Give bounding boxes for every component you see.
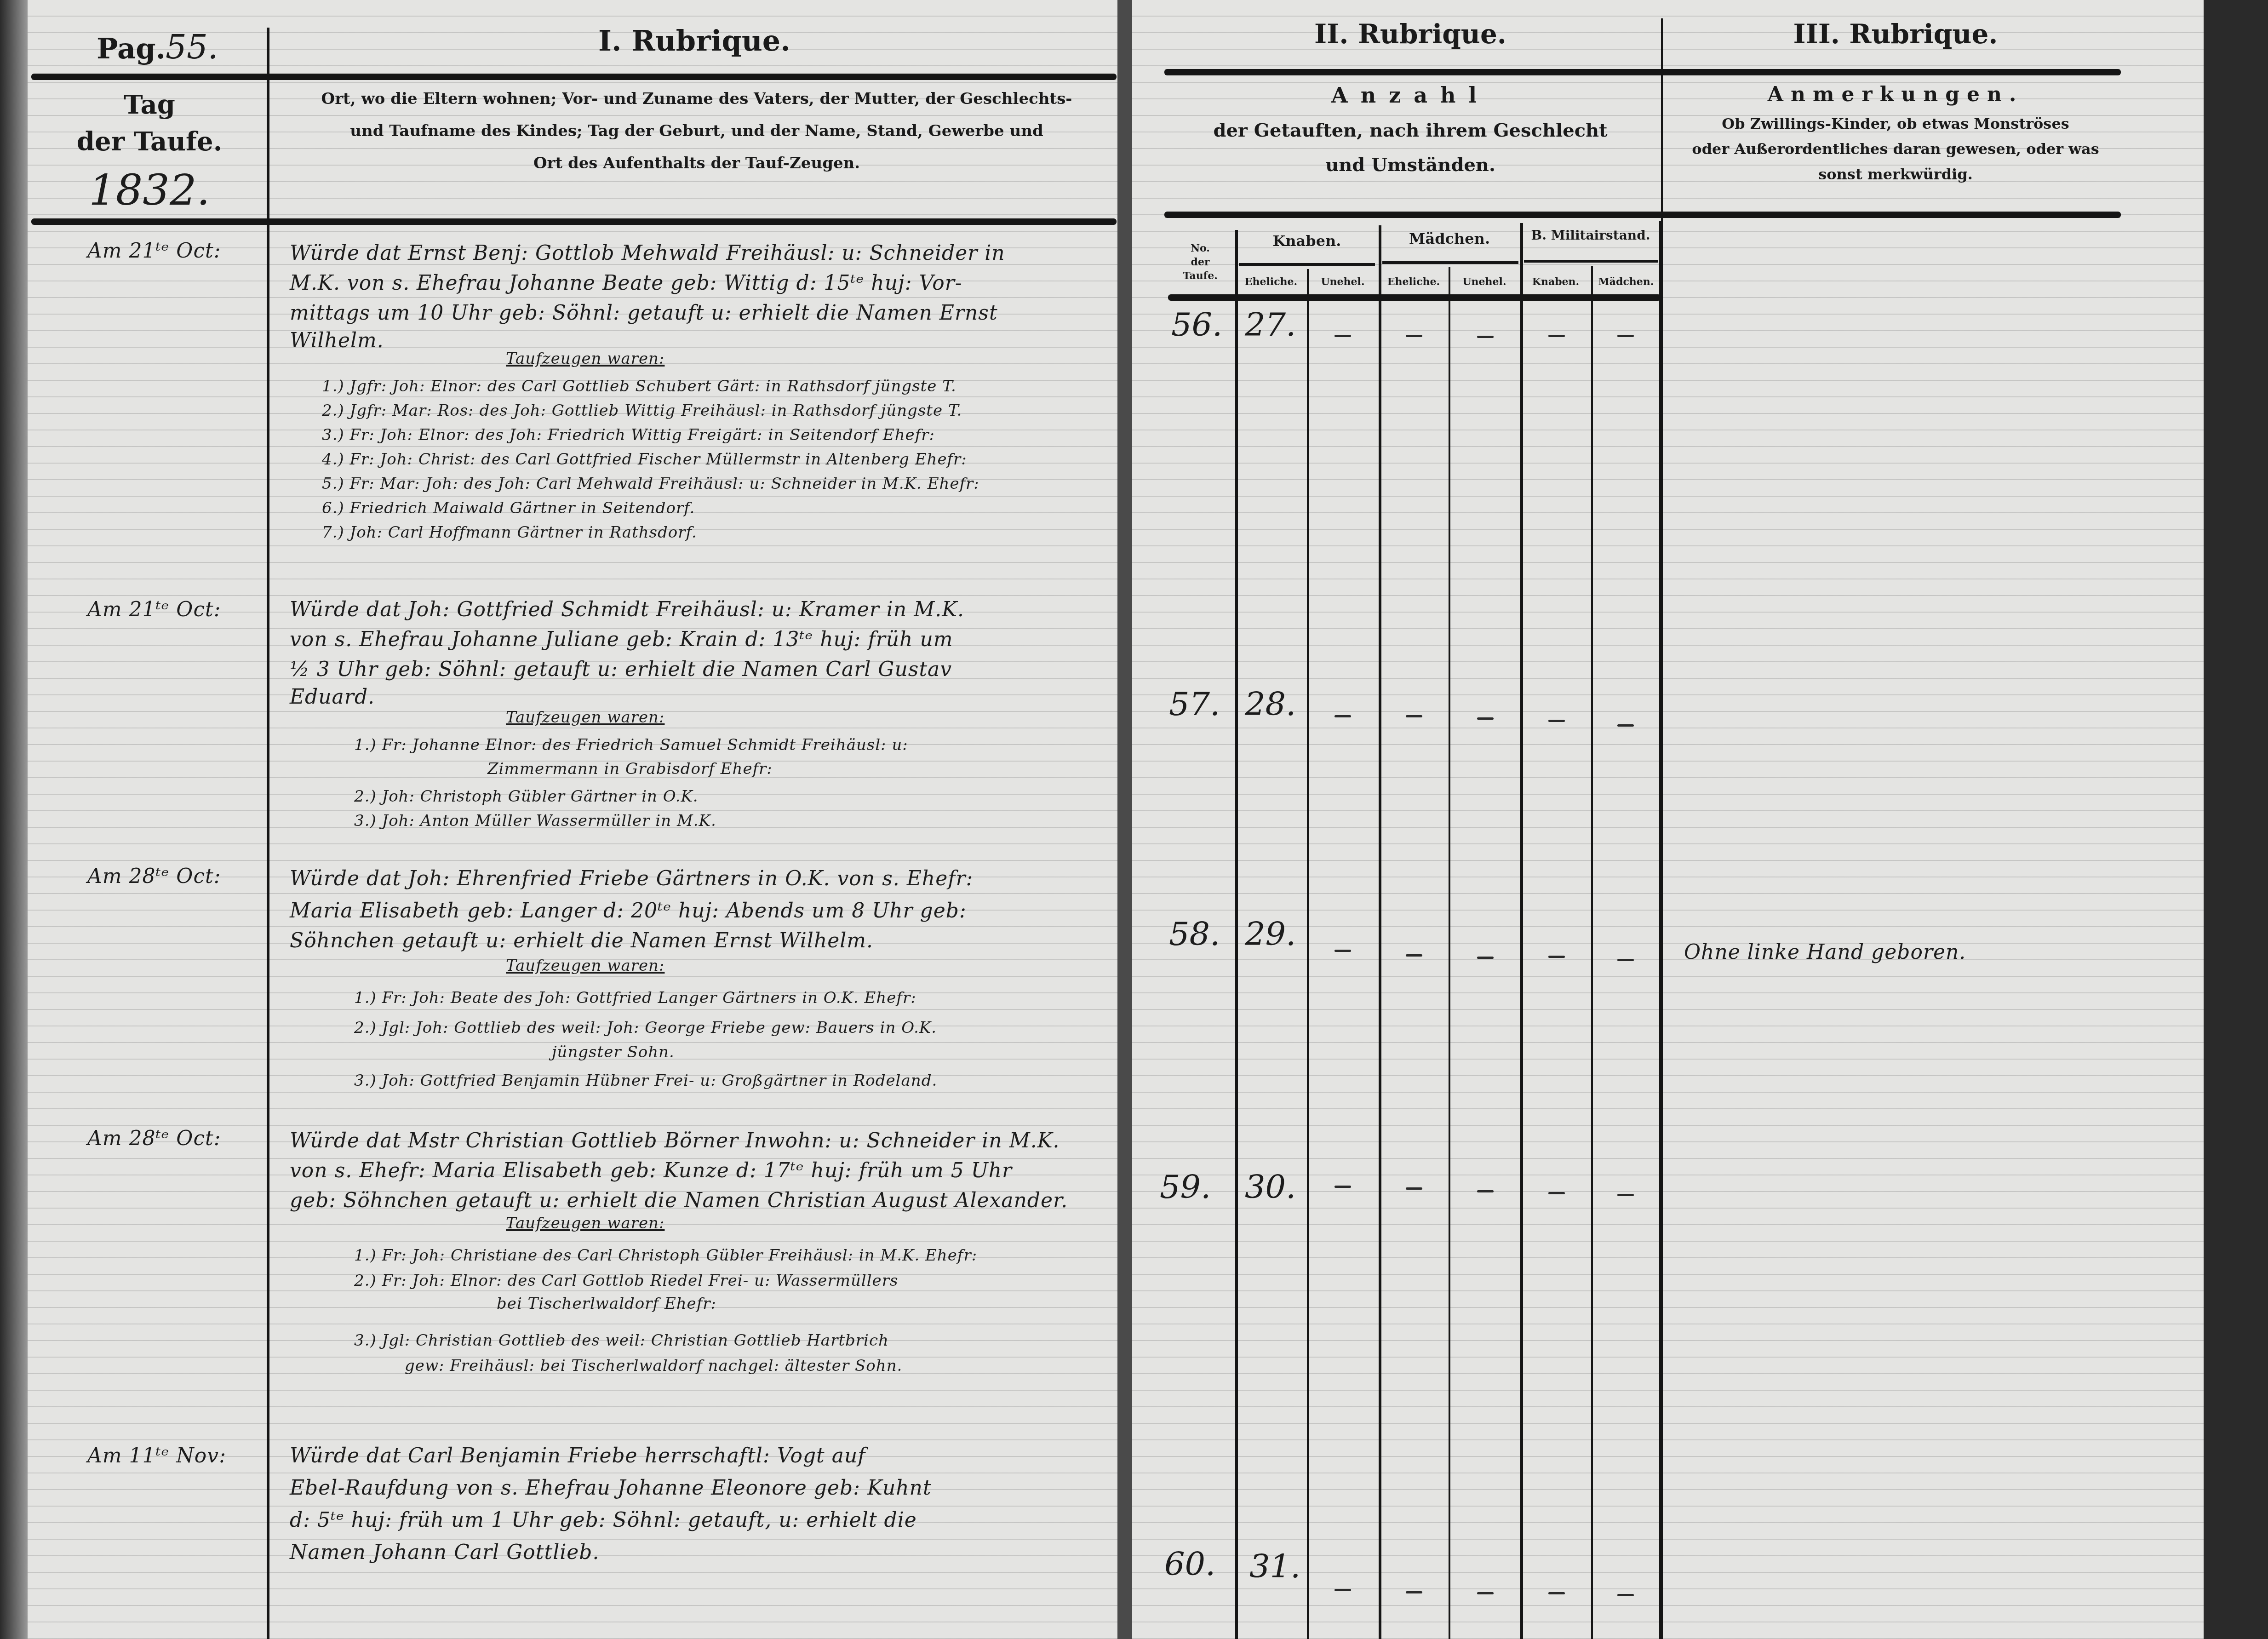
witness-line: 3.) Joh: Anton Müller Wassermüller in M.… (354, 812, 716, 830)
header-bottom-rule (31, 218, 1117, 225)
empty-mark (1334, 1186, 1351, 1188)
col-sub-header: Eheliche. (1379, 276, 1449, 288)
empty-mark (1617, 724, 1634, 727)
rubrique-1-desc-line1: Ort, wo die Eltern wohnen; Vor- und Zuna… (276, 90, 1117, 108)
empty-mark (1617, 959, 1634, 961)
entry-text-line: Maria Elisabeth geb: Langer d: 20ᵗᵉ huj:… (290, 899, 967, 923)
right-header-bottom-rule (1164, 212, 2121, 218)
col-knaben-header: Knaben. (1235, 232, 1379, 250)
witness-line: 2.) Joh: Christoph Gübler Gärtner in O.K… (354, 787, 699, 806)
scan-right-edge (2204, 0, 2268, 1639)
date-column-divider (267, 28, 269, 1639)
register-year: 1832. (32, 166, 267, 215)
empty-mark (1617, 1594, 1634, 1596)
witness-line: 7.) Joh: Carl Hoffmann Gärtner in Rathsd… (322, 523, 697, 542)
page-number: 55. (166, 28, 218, 66)
rubrique-1-desc-line3: Ort des Aufenthalts der Tauf-Zeugen. (276, 154, 1117, 172)
col-line (1235, 230, 1238, 1639)
rubrique-3-desc-line4: sonst merkwürdig. (1661, 166, 2130, 183)
witness-line: 1.) Fr: Johanne Elnor: des Friedrich Sam… (354, 736, 908, 754)
date-header-line2: der Taufe. (32, 126, 267, 157)
empty-mark (1477, 1592, 1494, 1594)
col-sub-header: Eheliche. (1235, 276, 1307, 288)
knaben-eheliche-count: 31. (1249, 1547, 1300, 1585)
empty-mark (1477, 717, 1494, 720)
witness-line: Zimmermann in Grabisdorf Ehefr: (487, 760, 773, 778)
witness-line: jüngster Sohn. (552, 1043, 675, 1061)
empty-mark (1406, 335, 1422, 337)
empty-mark (1477, 957, 1494, 959)
witness-line: 1.) Fr: Joh: Beate des Joh: Gottfried La… (354, 989, 916, 1007)
empty-mark (1334, 950, 1351, 952)
empty-mark (1334, 335, 1351, 337)
entry-text-line: Ebel-Raufdung von s. Ehefrau Johanne Ele… (290, 1476, 932, 1500)
entry-text-line: Würde dat Joh: Gottfried Schmidt Freihäu… (290, 598, 964, 621)
entry-text-line: ½ 3 Uhr geb: Söhnl: getauft u: erhielt d… (290, 658, 952, 681)
entry-date: Am 21ᵗᵉ Oct: (87, 239, 221, 263)
knaben-eheliche-count: 30. (1245, 1168, 1296, 1206)
entry-date: Am 21ᵗᵉ Oct: (87, 598, 221, 621)
entry-text-line: Wilhelm. (290, 329, 384, 352)
rubrique-2-desc-line2: der Getauften, nach ihrem Geschlecht (1160, 120, 1661, 141)
witness-line: gew: Freihäusl: bei Tischerlwaldorf nach… (405, 1357, 902, 1375)
col-no-header: No. der Taufe. (1168, 241, 1232, 283)
empty-mark (1617, 1194, 1634, 1196)
entry-text-line: Eduard. (290, 685, 375, 709)
count-table-header-rule (1168, 294, 1661, 301)
rubrique-2-desc-line1: Anzahl (1160, 83, 1661, 108)
witness-heading: Taufzeugen waren: (506, 957, 664, 975)
baptism-number: 59. (1160, 1168, 1211, 1206)
rubrique-2-title: II. Rubrique. (1160, 18, 1661, 50)
col-maedchen-header: Mädchen. (1379, 230, 1520, 247)
entry-text-line: M.K. von s. Ehefrau Johanne Beate geb: W… (290, 271, 962, 295)
knaben-sub-rule (1239, 263, 1375, 266)
entry-text-line: von s. Ehefrau Johanne Juliane geb: Krai… (290, 628, 953, 651)
entry-text-line: von s. Ehefr: Maria Elisabeth geb: Kunze… (290, 1159, 1012, 1182)
left-page: Pag.55. I. Rubrique. Tag der Taufe. 1832… (0, 0, 1117, 1639)
page-gutter (1117, 0, 1132, 1639)
entry-text-line: mittags um 10 Uhr geb: Söhnl: getauft u:… (290, 301, 998, 325)
entry-date: Am 28ᵗᵉ Oct: (87, 865, 221, 888)
col-no-line2: der (1168, 255, 1232, 269)
witness-line: 3.) Fr: Joh: Elnor: des Joh: Friedrich W… (322, 426, 935, 444)
baptism-number: 60. (1164, 1545, 1215, 1583)
rubrique-3-desc-line1: Anmerkungen. (1661, 83, 2130, 106)
entry-text-line: Würde dat Carl Benjamin Friebe herrschaf… (290, 1444, 866, 1467)
entry-text-line: Würde dat Mstr Christian Gottlieb Börner… (290, 1129, 1060, 1152)
empty-mark (1617, 335, 1634, 337)
witness-line: 2.) Fr: Joh: Elnor: des Carl Gottlob Rie… (354, 1272, 898, 1290)
witness-heading: Taufzeugen waren: (506, 350, 664, 368)
empty-mark (1548, 1592, 1565, 1594)
empty-mark (1548, 1192, 1565, 1194)
witness-line: 2.) Jgl: Joh: Gottlieb des weil: Joh: Ge… (354, 1019, 937, 1037)
empty-mark (1406, 1591, 1422, 1593)
entry-text-line: Söhnchen getauft u: erhielt die Namen Er… (290, 929, 873, 952)
empty-mark (1477, 1190, 1494, 1192)
col-no-line1: No. (1168, 241, 1232, 255)
page-label-text: Pag. (97, 32, 166, 65)
rubrique-1-desc-line2: und Taufname des Kindes; Tag der Geburt,… (276, 122, 1117, 140)
empty-mark (1406, 1187, 1422, 1190)
left-binding-edge (0, 0, 28, 1639)
empty-mark (1334, 715, 1351, 717)
entry-date: Am 11ᵗᵉ Nov: (87, 1444, 226, 1467)
col-sub-header: Mädchen. (1591, 276, 1661, 288)
entry-text-line: geb: Söhnchen getauft u: erhielt die Nam… (290, 1189, 1068, 1212)
baptism-number: 57. (1169, 685, 1220, 723)
col-militair-header: B. Militairstand. (1520, 228, 1661, 243)
page-label: Pag.55. (97, 28, 218, 66)
col-sub-header: Knaben. (1520, 276, 1591, 288)
col-line (1449, 267, 1450, 1639)
remark-text: Ohne linke Hand geboren. (1684, 940, 1966, 964)
right-header-top-rule (1164, 69, 2121, 75)
rubrique-3-desc-line3: oder Außerordentliches daran gewesen, od… (1661, 140, 2130, 158)
witness-line: 1.) Jgfr: Joh: Elnor: des Carl Gottlieb … (322, 377, 956, 395)
witness-line: 5.) Fr: Mar: Joh: des Joh: Carl Mehwald … (322, 475, 979, 493)
empty-mark (1548, 720, 1565, 722)
col-line (1591, 266, 1593, 1639)
witness-line: 3.) Jgl: Christian Gottlieb des weil: Ch… (354, 1331, 889, 1350)
witness-line: 6.) Friedrich Maiwald Gärtner in Seitend… (322, 499, 695, 517)
right-page: II. Rubrique. III. Rubrique. Anzahl der … (1132, 0, 2204, 1639)
entry-text-line: d: 5ᵗᵉ huj: früh um 1 Uhr geb: Söhnl: ge… (290, 1508, 917, 1532)
col-no-line3: Taufe. (1168, 269, 1232, 283)
witness-heading: Taufzeugen waren: (506, 1214, 664, 1232)
rubrique-3-desc-line2: Ob Zwillings-Kinder, ob etwas Monströses (1661, 115, 2130, 132)
col-line (1520, 223, 1523, 1639)
baptism-number: 56. (1171, 306, 1222, 344)
empty-mark (1477, 336, 1494, 338)
baptism-number: 58. (1169, 915, 1220, 953)
col-sub-header: Unehel. (1449, 276, 1520, 288)
col-line (1379, 225, 1381, 1639)
entry-text-line: Namen Johann Carl Gottlieb. (290, 1541, 600, 1564)
rubrique-1-title: I. Rubrique. (267, 24, 1122, 57)
militair-sub-rule (1524, 260, 1658, 263)
entry-date: Am 28ᵗᵉ Oct: (87, 1127, 221, 1150)
maedchen-sub-rule (1382, 261, 1518, 264)
rubrique-3-title: III. Rubrique. (1661, 18, 2130, 50)
witness-line: 3.) Joh: Gottfried Benjamin Hübner Frei-… (354, 1072, 937, 1090)
empty-mark (1334, 1589, 1351, 1591)
knaben-eheliche-count: 29. (1245, 915, 1296, 953)
col-line (1659, 221, 1662, 1639)
rubrique-2-desc-line3: und Umständen. (1160, 154, 1661, 176)
header-top-rule (31, 74, 1117, 80)
empty-mark (1548, 335, 1565, 337)
entry-text-line: Würde dat Ernst Benj: Gottlob Mehwald Fr… (290, 241, 1005, 265)
witness-line: 4.) Fr: Joh: Christ: des Carl Gottfried … (322, 450, 967, 469)
col-sub-header: Unehel. (1307, 276, 1379, 288)
witness-line: 2.) Jgfr: Mar: Ros: des Joh: Gottlieb Wi… (322, 401, 962, 420)
date-header-line1: Tag (32, 90, 267, 120)
empty-mark (1406, 954, 1422, 957)
entry-text-line: Würde dat Joh: Ehrenfried Friebe Gärtner… (290, 867, 973, 890)
knaben-eheliche-count: 27. (1245, 306, 1296, 344)
witness-heading: Taufzeugen waren: (506, 708, 664, 727)
witness-line: bei Tischerlwaldorf Ehefr: (497, 1295, 716, 1313)
col-line (1307, 269, 1309, 1639)
witness-line: 1.) Fr: Joh: Christiane des Carl Christo… (354, 1246, 977, 1265)
empty-mark (1406, 715, 1422, 717)
knaben-eheliche-count: 28. (1245, 685, 1296, 723)
empty-mark (1548, 956, 1565, 958)
